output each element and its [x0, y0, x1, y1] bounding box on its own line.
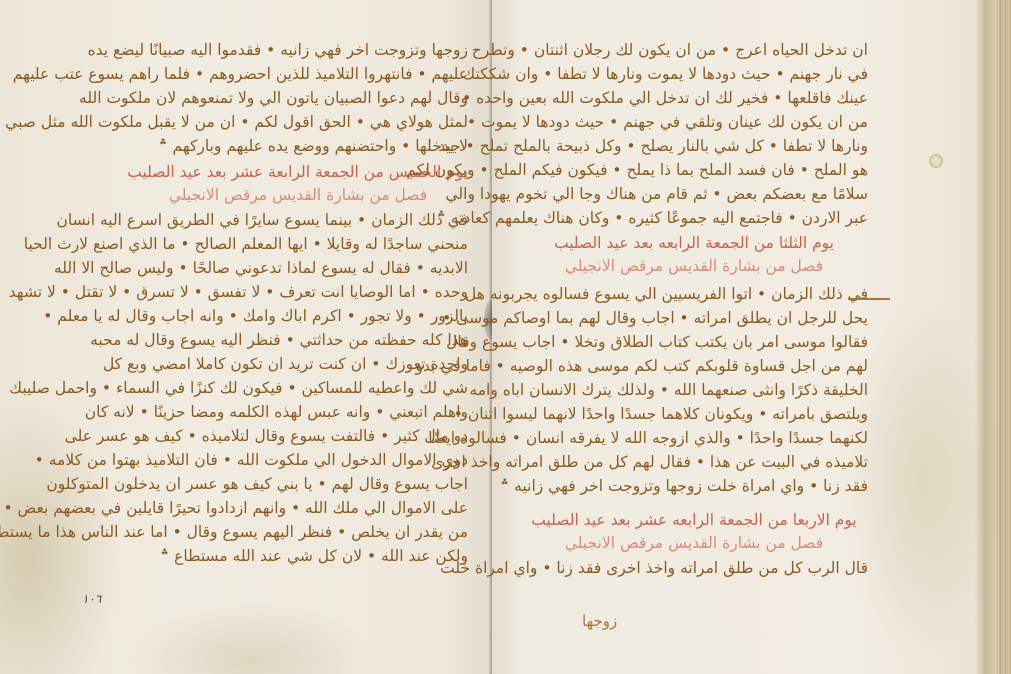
- text-line: من يقدر ان يخلص • فنظر اليهم يسوع وقال •…: [0, 522, 468, 542]
- manuscript-spread: زوجها وتزوجت اخر فهي زانيه • فقدموا اليه…: [0, 0, 1011, 674]
- text-line: في نار جهنم • حيث دودها لا يموت ونارها ل…: [462, 64, 868, 84]
- text-line: لكنهما جسدًا واحدًا • والذي ازوجه الله ل…: [428, 428, 868, 448]
- paper-stain: [929, 154, 943, 168]
- text-line: دوي الاموال الدخول الي ملكوت الله • فان …: [35, 450, 468, 470]
- text-line: يحل للرجل ان يطلق امراته • اجاب وقال لهم…: [442, 308, 868, 328]
- rubric-heading-day: يوم الاربعا من الجمعة الرابعه عشر بعد عي…: [520, 510, 868, 530]
- text-line: هو الملح • فان فسد الملح بما ذا يملح • ف…: [406, 160, 868, 180]
- text-line: عينك فاقلعها • فخير لك ان تدخل الي ملكوت…: [462, 88, 868, 108]
- text-line: الابديه • فقال له يسوع لماذا تدعوني صالح…: [54, 258, 468, 278]
- text-line: وحده • اما الوصايا انت تعرف • لا تفسق • …: [9, 282, 468, 302]
- text-line: الخليقة ذكرًا وانثى صنعهما الله • ولذلك …: [469, 380, 868, 400]
- text-line: دو مال كثير • فالتفت يسوع وقال لتلاميذه …: [65, 426, 468, 446]
- left-text-block: زوجها وتزوجت اخر فهي زانيه • فقدموا اليه…: [128, 40, 468, 600]
- text-line: عبر الاردن • فاجتمع اليه جموعًا كثيره • …: [437, 208, 868, 228]
- text-line: قال الرب كل من طلق امراته واخذ اخرى فقد …: [440, 558, 868, 578]
- left-page: زوجها وتزوجت اخر فهي زانيه • فقدموا اليه…: [0, 0, 492, 674]
- text-line: لا يدخلها • واحتضنهم ووضع يده عليهم وبار…: [159, 136, 468, 156]
- text-line: زوجها وتزوجت اخر فهي زانيه • فقدموا اليه…: [88, 40, 468, 60]
- text-line: في ذلك الزمان • اتوا الفريسيين الي يسوع …: [465, 284, 868, 304]
- text-line: تلاميذه في البيت عن هذا • فقال لهم كل من…: [431, 452, 868, 472]
- text-line: شي لك واعطيه للمساكين • فيكون لك كنزًا ف…: [9, 378, 468, 398]
- catchword: زوجها: [582, 612, 617, 630]
- text-line: ان تدخل الحياه اعرج • من ان يكون لك رجلا…: [472, 40, 868, 60]
- text-line: في ذلك الزمان • بينما يسوع سايرًا في الط…: [56, 210, 468, 230]
- text-line: على الاموال الي ملك الله • وانهم ازدادوا…: [3, 498, 468, 518]
- text-line: لهم من اجل قساوة قلوبكم كتب لكم موسى هذه…: [415, 356, 868, 376]
- text-line: سلامًا مع بعضكم بعض • ثم قام من هناك وجا…: [446, 184, 868, 204]
- margin-line-mark: [848, 298, 890, 300]
- text-line: واحدة تعوزك • ان كنت تريد ان تكون كاملا …: [103, 354, 468, 374]
- text-line: منحني ساجدًا له وقايلا • ايها المعلم الص…: [24, 234, 468, 254]
- rubric-heading-day: يوم الثلثا من الجمعة الرابعه بعد عيد الص…: [520, 233, 868, 253]
- text-line: وقال لهم دعوا الصبيان ياتون الي ولا تمنع…: [79, 88, 468, 108]
- rubric-heading-gospel: فصل من بشارة القديس مرقص الانجيلي: [520, 256, 868, 276]
- text-line: عليهم • فانتهروا التلاميذ للذين احضروهم …: [13, 64, 468, 84]
- text-line: ويلتصق بامراته • ويكونان كلاهما جسدًا وا…: [454, 404, 868, 424]
- page-edges: [997, 0, 1011, 674]
- text-line: ونارها لا تطفا • كل شي بالنار يصلح • وكل…: [438, 136, 868, 156]
- text-line: بالزور • ولا تجور • اكرم اباك وامك • وان…: [43, 306, 468, 326]
- text-line: واهلم اتبعني • وانه عبس لهذه الكلمه ومضا…: [85, 402, 468, 422]
- text-line: لمثل هولاي هي • الحق اقول لكم • ان من لا…: [5, 112, 468, 132]
- rubric-heading-gospel: فصل من بشارة القديس مرقص الانجيلي: [520, 533, 868, 553]
- folio-number: ١٠٦: [82, 592, 101, 606]
- text-line: فقد زنا • واي امراة خلت زوجها وتزوجت اخر…: [500, 476, 868, 496]
- text-line: هذا كله حفظته من حداثتي • فنظر اليه يسوع…: [90, 330, 468, 350]
- right-text-block: ان تدخل الحياه اعرج • من ان يكون لك رجلا…: [520, 40, 868, 600]
- rubric-heading-gospel: فصل من بشارة القديس مرقص الانجيلي: [128, 185, 468, 205]
- text-line: اجاب يسوع وقال لهم • يا بني كيف هو عسر ا…: [46, 474, 468, 494]
- text-line: من ان يكون لك عينان وتلقي في جهنم • حيث …: [467, 112, 868, 132]
- text-line: ولكن عند الله • لان كل شي عند الله مستطا…: [160, 546, 468, 566]
- text-line: فقالوا موسى امر بان يكتب كتاب الطلاق وتخ…: [446, 332, 868, 352]
